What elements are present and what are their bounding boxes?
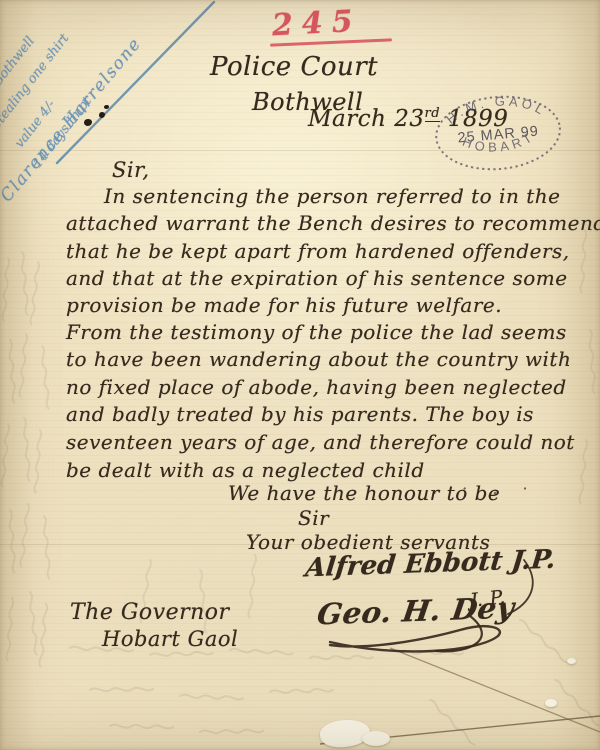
date-main: March 23 bbox=[308, 106, 425, 132]
letter-page: 245 Bothwell Stealing one shirt value 4/… bbox=[0, 0, 600, 750]
addressee-governor: The Governor bbox=[70, 600, 230, 625]
ink-blot bbox=[84, 119, 92, 126]
body-line: provision be made for his future welfare… bbox=[66, 293, 502, 317]
paper-tear bbox=[362, 731, 390, 746]
body-line: no fixed place of abode, having been neg… bbox=[66, 375, 567, 399]
ink-blot bbox=[99, 112, 105, 118]
ink-blot bbox=[104, 105, 109, 109]
gaol-date-stamp: H.M. GAOL 25 MAR 99 HOBART bbox=[425, 84, 572, 180]
paper-tear bbox=[545, 699, 557, 707]
paper-tear bbox=[567, 658, 576, 664]
signature-geo-h-dey: Geo. H. Dey bbox=[315, 591, 517, 632]
svg-text:H.M. GAOL: H.M. GAOL bbox=[442, 89, 551, 127]
valediction-sir: Sir bbox=[298, 506, 329, 530]
body-line: be dealt with as a neglected child bbox=[66, 458, 425, 482]
addressee-hobart-gaol: Hobart Gaol bbox=[102, 627, 238, 651]
body-line: and that at the expiration of his senten… bbox=[66, 266, 568, 290]
body-line: that he be kept apart from hardened offe… bbox=[66, 239, 570, 263]
ink-dots: . · . · bbox=[432, 479, 538, 498]
body-line: In sentencing the person referred to in … bbox=[104, 184, 560, 208]
stamp-arc-top: H.M. GAOL bbox=[442, 89, 551, 127]
body-line: and badly treated by his parents. The bo… bbox=[66, 402, 534, 426]
body-line: to have been wandering about the country… bbox=[66, 347, 571, 371]
body-line: seventeen years of age, and therefore co… bbox=[66, 430, 575, 454]
letterhead-court: Police Court bbox=[210, 52, 378, 82]
body-line: From the testimony of the police the lad… bbox=[66, 320, 567, 344]
salutation: Sir, bbox=[112, 158, 150, 182]
body-line: attached warrant the Bench desires to re… bbox=[66, 211, 600, 235]
file-number: 245 bbox=[271, 4, 362, 44]
